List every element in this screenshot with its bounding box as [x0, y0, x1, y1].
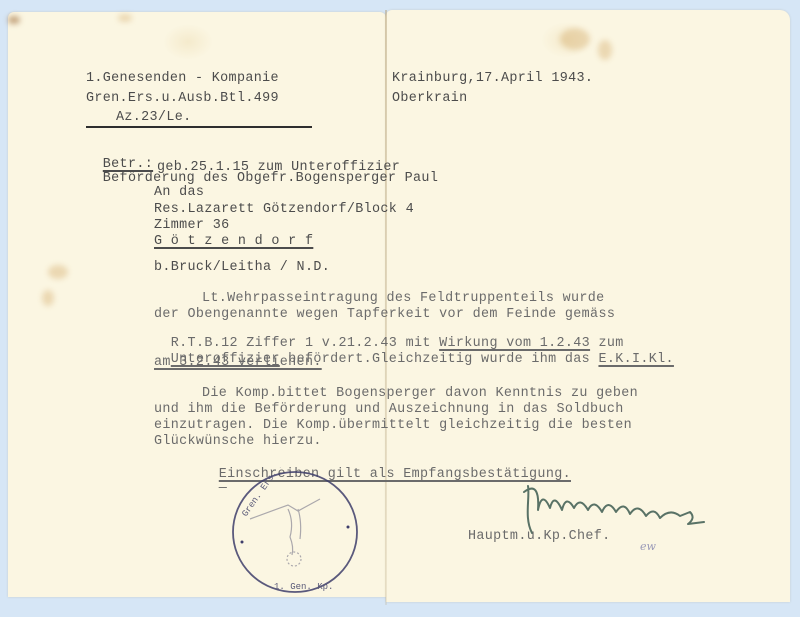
stain: [118, 14, 132, 22]
stamp-top-text: Gren. Ers. u. Ausb. Btl.: [240, 467, 323, 519]
signature-title: Hauptm.u.Kp.Chef.: [468, 530, 611, 543]
paragraph1-line1: Lt.Wehrpasseintragung des Feldtruppentei…: [202, 292, 605, 305]
sender-reference: Az.23/Le.: [116, 111, 191, 124]
place-date: Krainburg,17.April 1943.: [392, 72, 593, 85]
sender-battalion: Gren.Ers.u.Ausb.Btl.499: [86, 92, 279, 105]
stamp-bottom-text: 1. Gen. Kp.: [274, 582, 333, 592]
paragraph2-line2: und ihm die Beförderung und Auszeichnung…: [154, 403, 624, 416]
paragraph2-line4: Glückwünsche hierzu.: [154, 435, 322, 448]
header-rule: [86, 126, 312, 128]
recipient-line5: b.Bruck/Leitha / N.D.: [154, 261, 330, 274]
closing-dash: —: [219, 481, 227, 496]
unit-stamp: Gren. Ers. u. Ausb. Btl. 1. Gen. Kp.: [228, 467, 362, 597]
recipient-line1: An das: [154, 186, 204, 199]
stain: [598, 40, 612, 60]
stain: [42, 290, 54, 306]
paragraph2-line3: einzutragen. Die Komp.übermittelt gleich…: [154, 419, 632, 432]
stain: [48, 265, 68, 279]
recipient-line3: Zimmer 36: [154, 219, 229, 232]
paragraph1-line2: der Obengenannte wegen Tapferkeit vor de…: [154, 308, 615, 321]
pencil-mark: ew: [640, 540, 656, 553]
eagle-emblem-icon: [250, 499, 320, 566]
recipient-city: G ö t z e n d o r f: [154, 235, 313, 248]
award-ek1: E.K.I.Kl.: [598, 352, 673, 367]
paragraph1-line4b: befördert.Gleichzeitig wurde ihm das: [280, 352, 599, 367]
subject-line2: geb.25.1.15 zum Unteroffizier: [157, 161, 400, 174]
stain: [8, 16, 20, 24]
paragraph2-line1: Die Komp.bittet Bogensperger davon Kennt…: [202, 387, 638, 400]
paragraph1-line5: am 3.2.43 verliehen.: [154, 356, 322, 369]
sender-unit: 1.Genesenden - Kompanie: [86, 72, 279, 85]
recipient-line2: Res.Lazarett Götzendorf/Block 4: [154, 203, 414, 216]
region: Oberkrain: [392, 92, 467, 105]
stain: [560, 28, 590, 50]
